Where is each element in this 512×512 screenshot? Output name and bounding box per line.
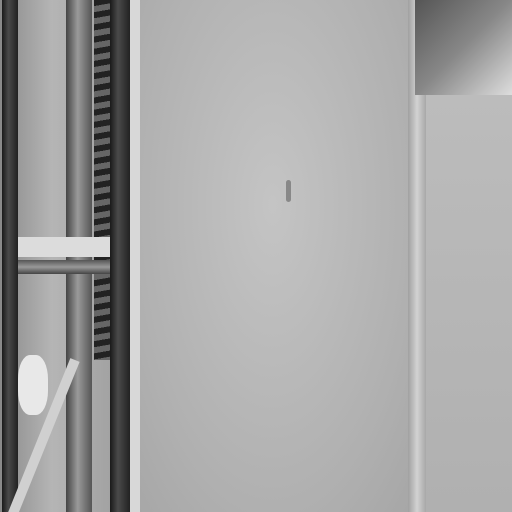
wall-mark xyxy=(286,180,291,202)
insulation-strip xyxy=(94,0,110,360)
plaster-wall-right xyxy=(426,90,512,512)
metal-stud-right xyxy=(110,0,130,512)
wood-board xyxy=(18,237,110,257)
photo-scene xyxy=(0,0,512,512)
plaster-wall-panel xyxy=(130,0,415,512)
metal-stud-left xyxy=(2,0,18,512)
mounting-rail xyxy=(18,260,110,274)
wall-panel-edge xyxy=(130,0,140,512)
plaster-patch xyxy=(18,355,48,415)
ceiling-structure xyxy=(415,0,512,95)
